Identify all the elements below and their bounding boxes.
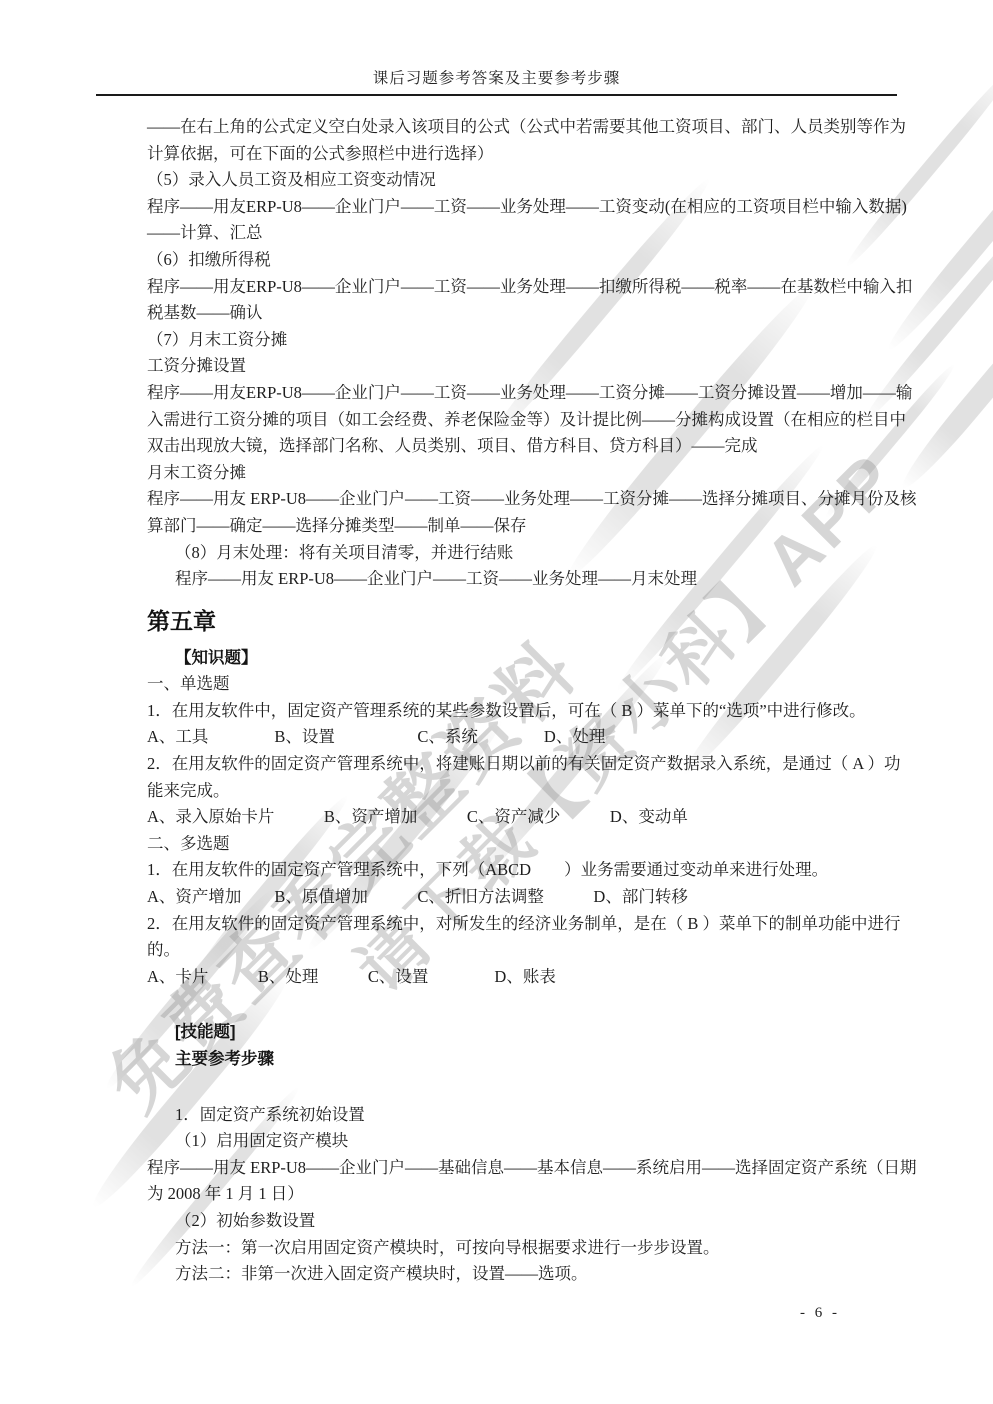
document-line: 计算依据，可在下面的公式参照栏中进行选择） <box>147 141 877 168</box>
document-line: 双击出现放大镜，选择部门名称、人员类别、项目、借方科目、贷方科目）——完成 <box>147 433 877 460</box>
document-line: 入需进行工资分摊的项目（如工会经费、养老保险金等）及计提比例——分摊构成设置（在… <box>147 407 877 434</box>
document-line: 程序——用友 ERP-U8——企业门户——工资——业务处理——月末处理 <box>147 566 877 593</box>
document-line: 方法二：非第一次进入固定资产模块时，设置——选项。 <box>147 1261 877 1288</box>
document-line: （8）月末处理：将有关项目清零，并进行结账 <box>147 540 877 567</box>
document-line: 的。 <box>147 937 877 964</box>
document-line: A、录入原始卡片 B、资产增加 C、资产减少 D、变动单 <box>147 804 877 831</box>
document-line: 二、多选题 <box>147 831 877 858</box>
document-line: 能来完成。 <box>147 778 877 805</box>
document-line: 1．在用友软件的固定资产管理系统中，下列（ABCD ）业务需要通过变动单来进行处… <box>147 857 877 884</box>
document-line: ——在右上角的公式定义空白处录入该项目的公式（公式中若需要其他工资项目、部门、人… <box>147 114 877 141</box>
document-line: 2．在用友软件的固定资产管理系统中，对所发生的经济业务制单，是在（ B ）菜单下… <box>147 911 877 938</box>
document-line: [技能题] <box>147 1019 877 1046</box>
document-page: 免费查看完整资料 请下载【资小科】APP 课后习题参考答案及主要参考步骤 ——在… <box>0 0 993 1404</box>
document-line: 一、单选题 <box>147 671 877 698</box>
document-line: 1．在用友软件中，固定资产管理系统的某些参数设置后，可在（ B ）菜单下的“选项… <box>147 698 877 725</box>
document-line: 程序——用友 ERP-U8——企业门户——基础信息——基本信息——系统启用——选… <box>147 1155 877 1182</box>
document-line: 为 2008 年 1 月 1 日） <box>147 1181 877 1208</box>
header-rule <box>96 94 897 96</box>
document-line: A、卡片 B、处理 C、设置 D、账表 <box>147 964 877 991</box>
document-line: 方法一：第一次启用固定资产模块时，可按向导根据要求进行一步步设置。 <box>147 1235 877 1262</box>
brush-streak <box>881 114 993 357</box>
document-body: ——在右上角的公式定义空白处录入该项目的公式（公式中若需要其他工资项目、部门、人… <box>147 114 877 1288</box>
document-line: 【知识题】 <box>147 645 877 672</box>
document-line: 税基数——确认 <box>147 300 877 327</box>
document-line: 1．固定资产系统初始设置 <box>147 1102 877 1129</box>
document-line: 程序——用友ERP-U8——企业门户——工资——业务处理——工资变动(在相应的工… <box>147 194 877 221</box>
chapter-heading: 第五章 <box>147 605 877 637</box>
document-line: A、工具 B、设置 C、系统 D、处理 <box>147 724 877 751</box>
document-line: 算部门——确定——选择分摊类型——制单——保存 <box>147 513 877 540</box>
page-number: - 6 - <box>0 1305 840 1322</box>
document-line: （7）月末工资分摊 <box>147 327 877 354</box>
document-line: A、资产增加 B、原值增加 C、折旧方法调整 D、部门转移 <box>147 884 877 911</box>
document-line: 2．在用友软件的固定资产管理系统中，将建账日期以前的有关固定资产数据录入系统，是… <box>147 751 877 778</box>
document-line: （1）启用固定资产模块 <box>147 1128 877 1155</box>
document-line: （5）录入人员工资及相应工资变动情况 <box>147 167 877 194</box>
document-line: 工资分摊设置 <box>147 353 877 380</box>
document-line: （6）扣缴所得税 <box>147 247 877 274</box>
document-line: 月末工资分摊 <box>147 460 877 487</box>
page-header-title: 课后习题参考答案及主要参考步骤 <box>96 66 897 88</box>
document-line: ——计算、汇总 <box>147 220 877 247</box>
document-line: 程序——用友ERP-U8——企业门户——工资——业务处理——扣缴所得税——税率—… <box>147 274 877 301</box>
document-line: 程序——用友ERP-U8——企业门户——工资——业务处理——工资分摊——工资分摊… <box>147 380 877 407</box>
document-line: 程序——用友 ERP-U8——企业门户——工资——业务处理——工资分摊——选择分… <box>147 486 877 513</box>
document-line: 主要参考步骤 <box>147 1046 877 1073</box>
document-line: （2）初始参数设置 <box>147 1208 877 1235</box>
